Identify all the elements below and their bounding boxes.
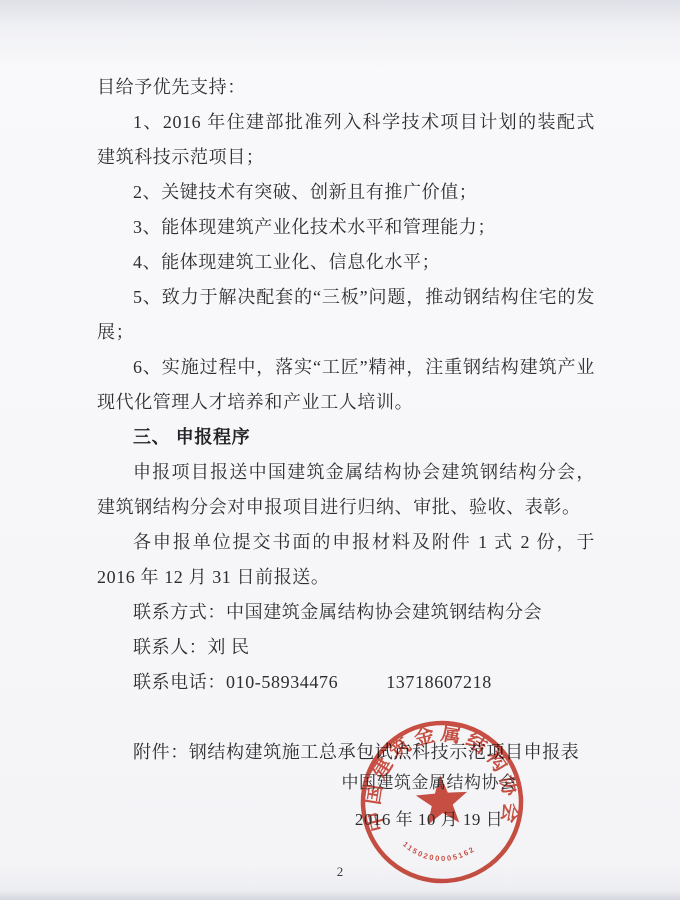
- scan-shading-bottom: [0, 890, 680, 900]
- paragraph-continuation: 目给予优先支持：: [97, 70, 595, 105]
- seal-serial-container: 1150200005162: [401, 835, 478, 866]
- signature-date: 2016 年 10 月 19 日: [333, 801, 525, 838]
- signature-organization: 中国建筑金属结构协会: [333, 764, 525, 801]
- signature-block: 中国建筑金属结构协会 2016 年 10 月 19 日: [333, 764, 525, 838]
- numbered-item-2: 2、关键技术有突破、创新且有推广价值；: [97, 175, 595, 210]
- phone-mobile: 13718607218: [386, 672, 492, 692]
- document-body: 目给予优先支持： 1、2016 年住建部批准列入科学技术项目计划的装配式建筑科技…: [97, 70, 595, 770]
- paragraph-procedure: 申报项目报送中国建筑金属结构协会建筑钢结构分会，建筑钢结构分会对申报项目进行归纳…: [97, 455, 595, 525]
- numbered-item-4: 4、能体现建筑工业化、信息化水平；: [97, 245, 595, 280]
- contact-person-line: 联系人：刘 民: [97, 630, 595, 665]
- contact-method-line: 联系方式：中国建筑金属结构协会建筑钢结构分会: [97, 595, 595, 630]
- contact-phone-line: 联系电话：010-5893447613718607218: [97, 665, 595, 700]
- numbered-item-6: 6、实施过程中，落实“工匠”精神，注重钢结构建筑产业现代化管理人才培养和产业工人…: [97, 350, 595, 420]
- phone-primary: 010-58934476: [226, 672, 338, 692]
- page-number: 2: [0, 864, 680, 880]
- numbered-item-1: 1、2016 年住建部批准列入科学技术项目计划的装配式建筑科技示范项目；: [97, 105, 595, 175]
- section-heading: 三、 申报程序: [97, 420, 595, 455]
- numbered-item-3: 3、能体现建筑产业化技术水平和管理能力；: [97, 210, 595, 245]
- scanned-document-page: 目给予优先支持： 1、2016 年住建部批准列入科学技术项目计划的装配式建筑科技…: [0, 0, 680, 900]
- phone-label: 联系电话：: [133, 672, 226, 692]
- numbered-item-5: 5、致力于解决配套的“三板”问题，推动钢结构住宅的发展；: [97, 280, 595, 350]
- seal-serial-number: 1150200005162: [401, 835, 478, 866]
- paragraph-deadline: 各申报单位提交书面的申报材料及附件 1 式 2 份，于 2016 年 12 月 …: [97, 525, 595, 595]
- scan-shading-top: [0, 0, 680, 70]
